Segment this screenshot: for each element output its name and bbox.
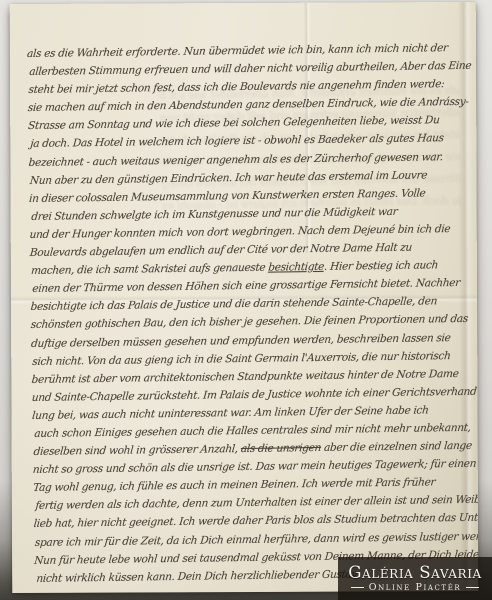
watermark-plate: Galéria Savaria Online Piactér — [338, 557, 492, 600]
watermark-title: Galéria Savaria — [348, 565, 482, 582]
letter-photo: als es die Wahrheit erforderte. Nun über… — [0, 0, 492, 600]
letter-body: als es die Wahrheit erforderte. Nun über… — [27, 39, 478, 588]
letter-paper: als es die Wahrheit erforderte. Nun über… — [10, 2, 479, 593]
watermark-subtitle-text: Online Piactér — [369, 583, 462, 593]
watermark-subtitle: Online Piactér — [351, 583, 480, 593]
